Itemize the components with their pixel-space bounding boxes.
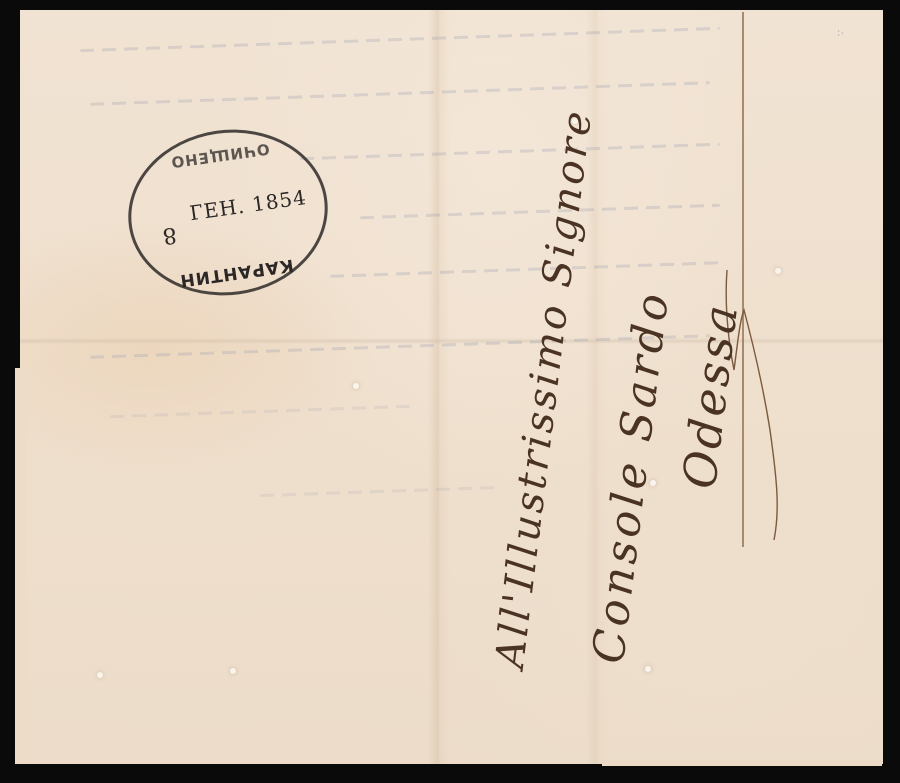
sheet-flap-bottom [602,760,882,766]
pencil-marginalia: ∴ [834,30,845,36]
fold-line-vertical [428,10,450,764]
pinhole [645,666,651,672]
pinhole [353,383,359,389]
quarantine-postmark: ОЧИЩЕНО 8 ГЕН. 1854 КАРАНТИН [117,117,338,308]
pinhole [230,668,236,674]
sheet-flap-left [15,368,27,764]
pinhole [97,672,103,678]
